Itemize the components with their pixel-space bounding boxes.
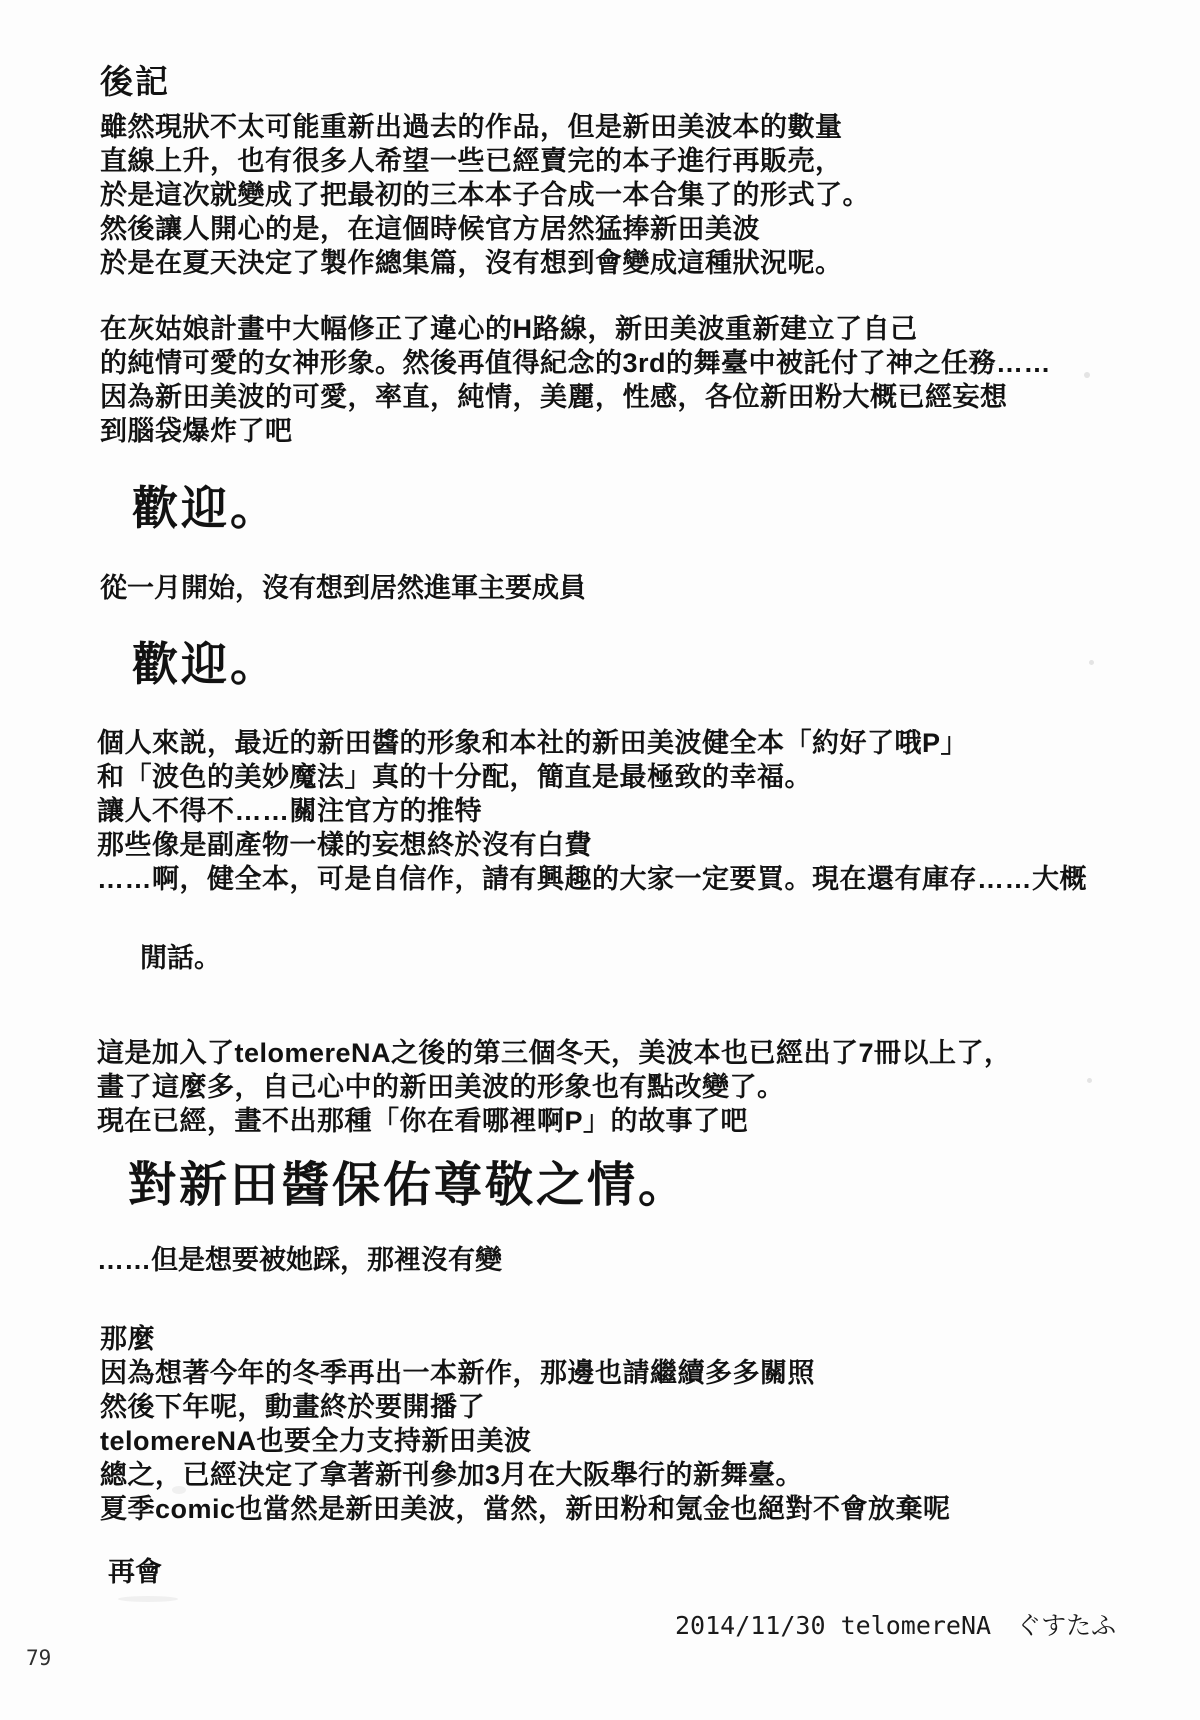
scan-smudge [118, 1596, 178, 1602]
paragraph-third-winter: 這是加入了telomereNA之後的第三個冬天，美波本也已經出了7冊以上了， 畫… [97, 1036, 1012, 1138]
paragraph-line: 雖然現狀不太可能重新出過去的作品，但是新田美波本的數量 [100, 110, 870, 144]
scan-speck [1089, 660, 1094, 665]
welcome-heading-1: 歡迎。 [132, 472, 279, 538]
aside-chitchat: 閒話。 [140, 936, 221, 975]
paragraph-line: 夏季comic也當然是新田美波，當然，新田粉和氪金也絕對不會放棄呢 [100, 1492, 951, 1526]
paragraph-line: 在灰姑娘計畫中大幅修正了違心的H路線，新田美波重新建立了自己 [100, 312, 1051, 346]
paragraph-line: 那些像是副產物一樣的妄想終於沒有白費 [97, 828, 1087, 862]
stomp-line: ……但是想要被她踩，那裡沒有變 [97, 1238, 502, 1277]
january-line: 從一月開始，沒有想到居然進軍主要成員 [100, 566, 586, 605]
farewell-line: 再會 [108, 1550, 162, 1589]
paragraph-line: 因為新田美波的可愛，率直，純情，美麗，性感，各位新田粉大概已經妄想 [100, 380, 1051, 414]
paragraph-line: 直線上升，也有很多人希望一些已經賣完的本子進行再販売， [100, 144, 870, 178]
paragraph-line: 讓人不得不……關注官方的推特 [97, 794, 1087, 828]
page-title: 後記 [100, 56, 170, 103]
paragraph-line: 因為想著今年的冬季再出一本新作，那邊也請繼續多多關照 [100, 1356, 951, 1390]
scan-smudge [172, 1486, 186, 1494]
paragraph-line: 個人來説，最近的新田醬的形象和本社的新田美波健全本「約好了哦P」 [97, 726, 1087, 760]
paragraph-line: 和「波色的美妙魔法」真的十分配，簡直是最極致的幸福。 [97, 760, 1087, 794]
paragraph-line: 到腦袋爆炸了吧 [100, 414, 1051, 448]
paragraph-line: 的純情可愛的女神形象。然後再值得紀念的3rd的舞臺中被託付了神之任務…… [100, 346, 1051, 380]
paragraph-line: 於是這次就變成了把最初的三本本子合成一本合集了的形式了。 [100, 178, 870, 212]
scanned-afterword-page: 後記 雖然現狀不太可能重新出過去的作品，但是新田美波本的數量 直線上升，也有很多… [0, 0, 1200, 1720]
welcome-heading-2: 歡迎。 [132, 628, 279, 694]
respect-heading: 對新田醬保佑尊敬之情。 [128, 1146, 689, 1215]
paragraph-line: 現在已經，畫不出那種「你在看哪裡啊P」的故事了吧 [97, 1104, 1012, 1138]
colophon-date-circle-author: 2014/11/30 telomereNA ぐすたふ [675, 1606, 1116, 1642]
scan-speck [1087, 1078, 1092, 1083]
page-number: 79 [26, 1646, 51, 1670]
paragraph-cinderella: 在灰姑娘計畫中大幅修正了違心的H路線，新田美波重新建立了自己 的純情可愛的女神形… [100, 312, 1051, 448]
paragraph-line: 那麼 [100, 1322, 951, 1356]
paragraph-line: 這是加入了telomereNA之後的第三個冬天，美波本也已經出了7冊以上了， [97, 1036, 1012, 1070]
paragraph-line: 總之，已經決定了拿著新刊參加3月在大阪舉行的新舞臺。 [100, 1458, 951, 1492]
paragraph-line: 於是在夏天決定了製作總集篇，沒有想到會變成這種狀況呢。 [100, 246, 870, 280]
scan-speck [1084, 372, 1090, 378]
paragraph-line: 然後讓人開心的是，在這個時候官方居然猛捧新田美波 [100, 212, 870, 246]
paragraph-closing-plans: 那麼 因為想著今年的冬季再出一本新作，那邊也請繼續多多關照 然後下年呢，動畫終於… [100, 1322, 951, 1526]
paragraph-intro: 雖然現狀不太可能重新出過去的作品，但是新田美波本的數量 直線上升，也有很多人希望… [100, 110, 870, 280]
paragraph-line: 畫了這麼多，自己心中的新田美波的形象也有點改變了。 [97, 1070, 1012, 1104]
paragraph-wholesome-books: 個人來説，最近的新田醬的形象和本社的新田美波健全本「約好了哦P」 和「波色的美妙… [97, 726, 1087, 896]
paragraph-line: 然後下年呢，動畫終於要開播了 [100, 1390, 951, 1424]
paragraph-line: ……啊，健全本，可是自信作，請有興趣的大家一定要買。現在還有庫存……大概 [97, 862, 1087, 896]
paragraph-line: telomereNA也要全力支持新田美波 [100, 1424, 951, 1458]
